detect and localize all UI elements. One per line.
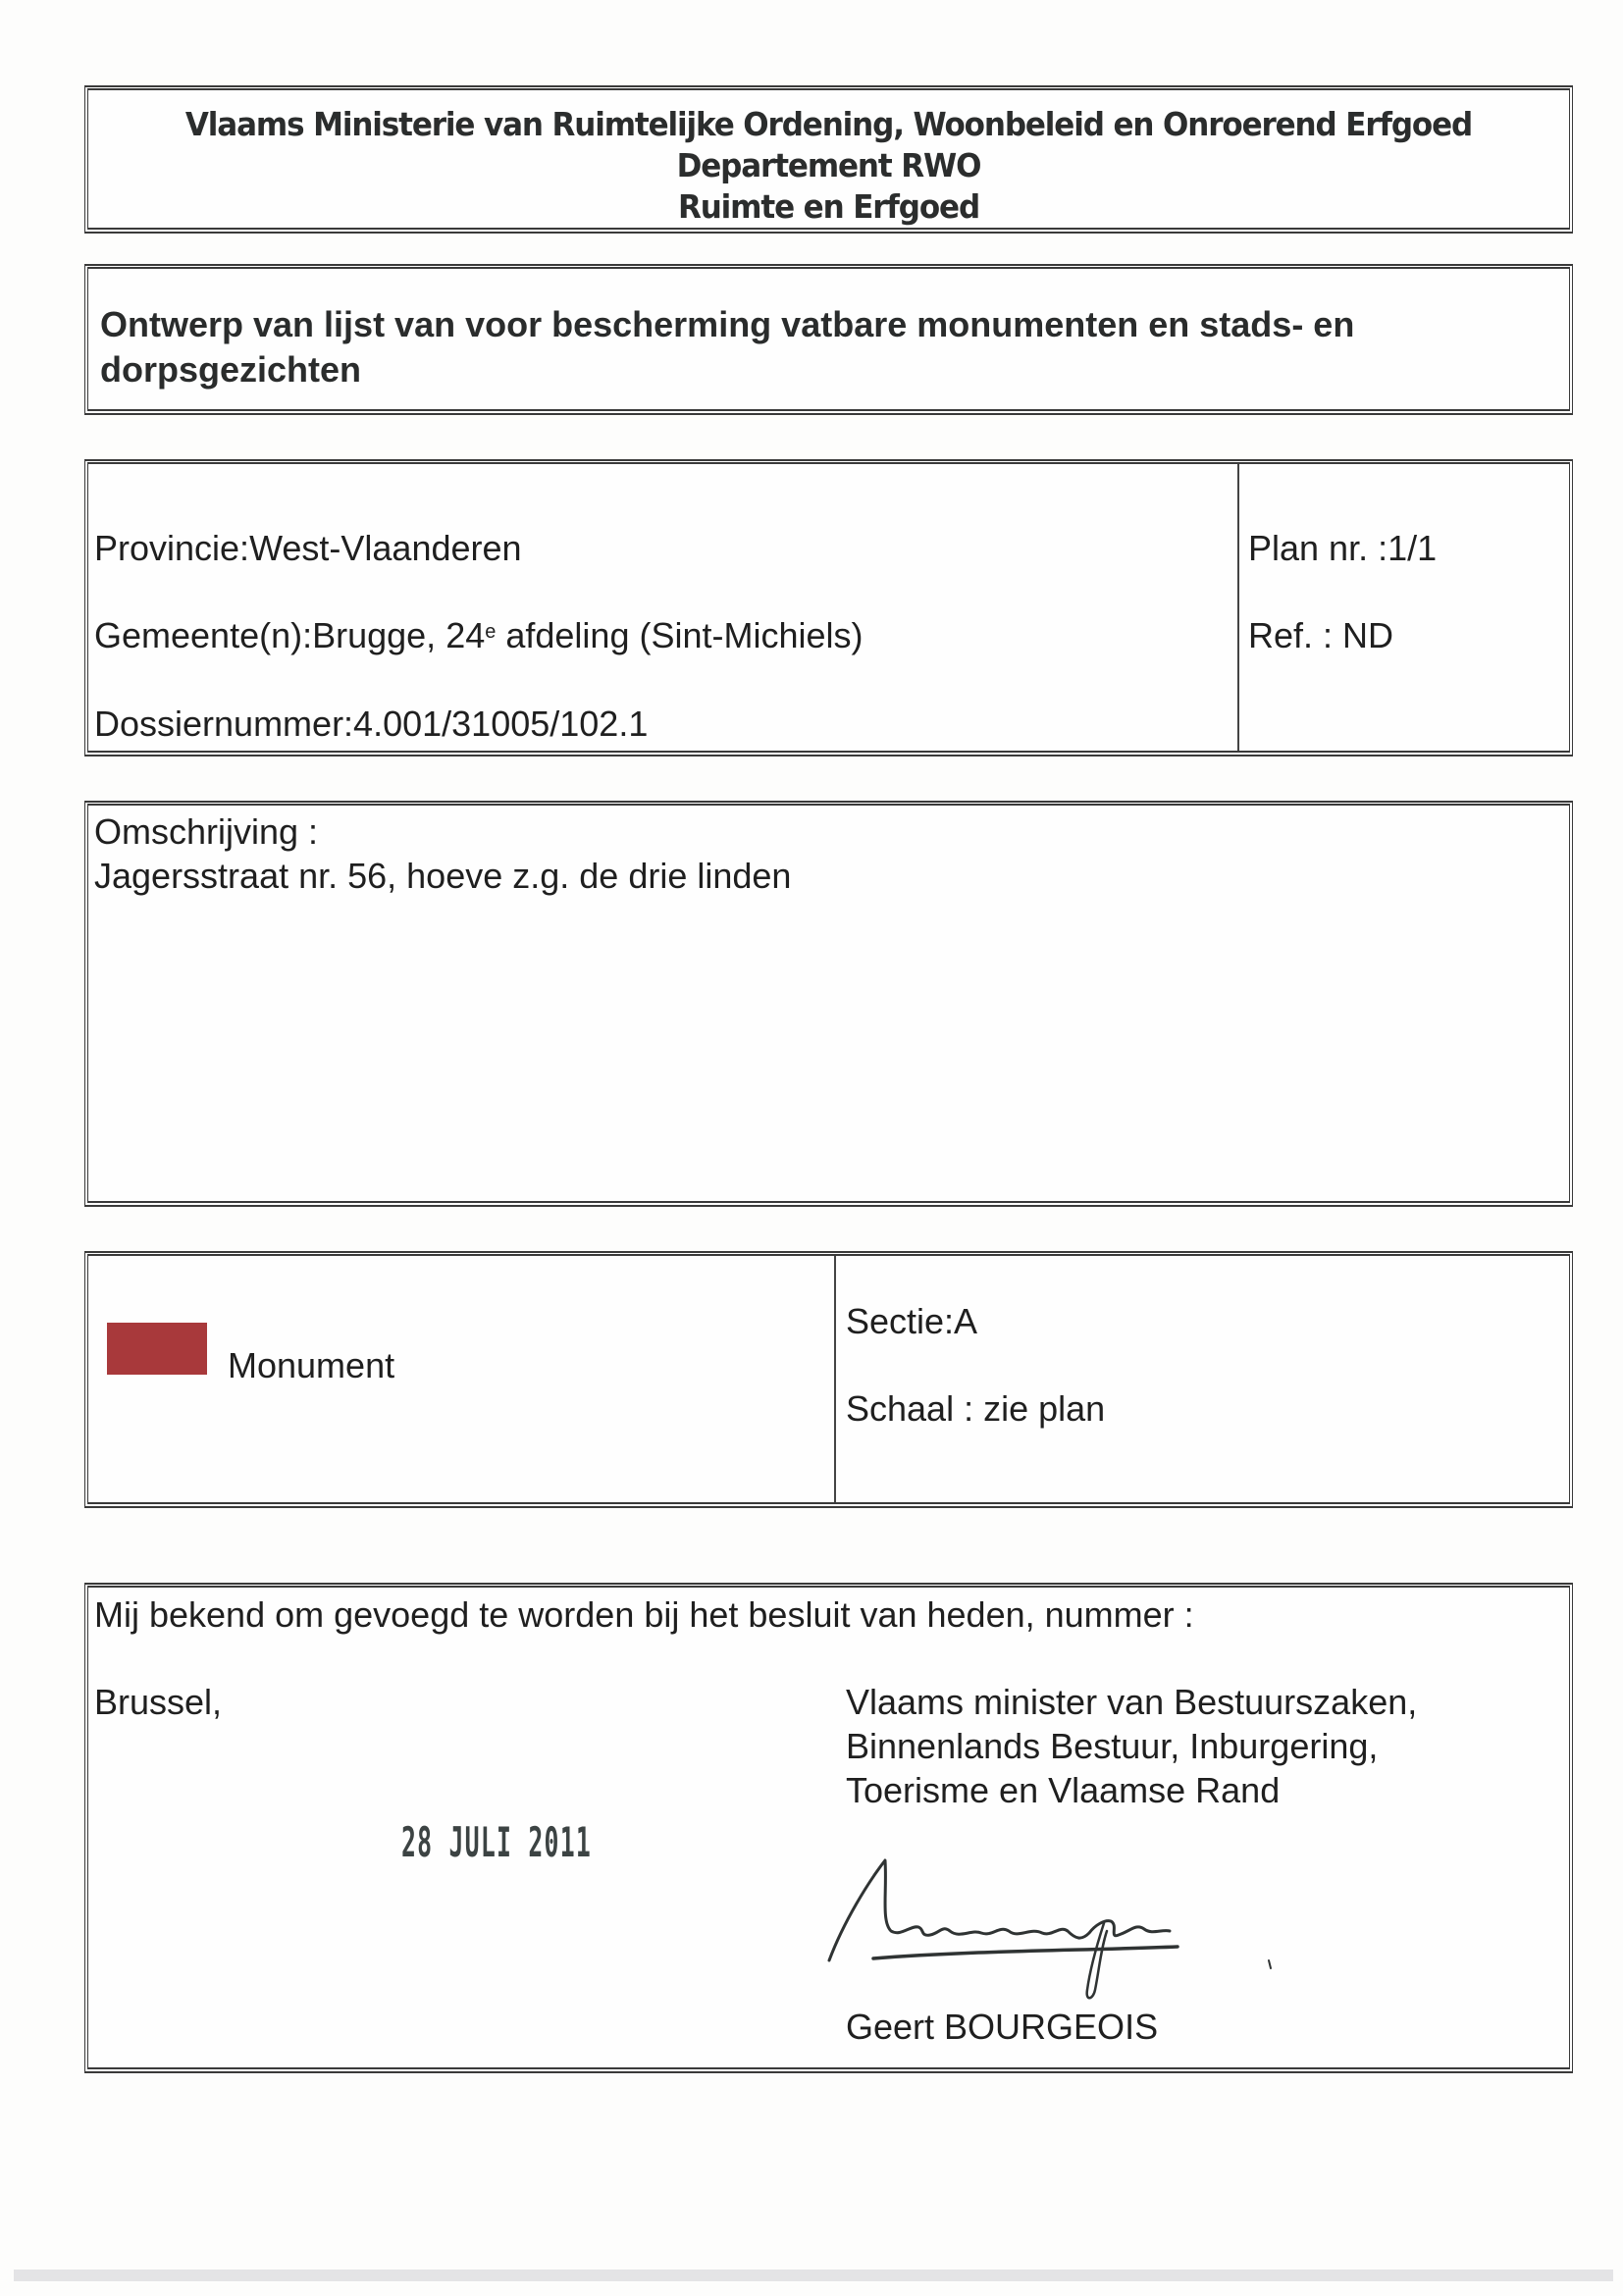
document-subject-box: Ontwerp van lijst van voor bescherming v… bbox=[84, 264, 1573, 415]
column-divider bbox=[1237, 464, 1239, 751]
minister-title-line-1: Vlaams minister van Bestuurszaken, bbox=[846, 1683, 1417, 1722]
ministry-header-box: Vlaams Ministerie van Ruimtelijke Ordeni… bbox=[84, 85, 1573, 234]
minister-title-line-3: Toerisme en Vlaamse Rand bbox=[846, 1771, 1280, 1810]
handwritten-signature-icon bbox=[824, 1852, 1413, 2009]
legend-box: Monument Sectie:A Schaal : zie plan bbox=[84, 1251, 1573, 1508]
department-name: Departement RWO bbox=[132, 145, 1524, 186]
approval-statement: Mij bekend om gevoegd te worden bij het … bbox=[94, 1595, 1194, 1635]
schaal-field: Schaal : zie plan bbox=[846, 1389, 1105, 1429]
minister-title-line-2: Binnenlands Bestuur, Inburgering, bbox=[846, 1727, 1378, 1766]
signature-box: Mij bekend om gevoegd te worden bij het … bbox=[84, 1583, 1573, 2073]
date-stamp: 28 JULI 2011 bbox=[401, 1819, 592, 1866]
monument-color-swatch bbox=[107, 1323, 207, 1375]
division-name: Ruimte en Erfgoed bbox=[132, 186, 1524, 228]
description-box: Omschrijving : Jagersstraat nr. 56, hoev… bbox=[84, 801, 1573, 1207]
provincie-field: Provincie:West-Vlaanderen bbox=[94, 529, 522, 568]
minister-name: Geert BOURGEOIS bbox=[846, 2008, 1158, 2047]
description-label: Omschrijving : bbox=[94, 812, 318, 852]
gemeente-field: Gemeente(n):Brugge, 24e afdeling (Sint-M… bbox=[94, 616, 864, 655]
column-divider bbox=[834, 1256, 836, 1502]
dossiernummer-field: Dossiernummer:4.001/31005/102.1 bbox=[94, 704, 648, 744]
document-title: Ontwerp van lijst van voor bescherming v… bbox=[100, 302, 1373, 392]
description-text: Jagersstraat nr. 56, hoeve z.g. de drie … bbox=[94, 857, 791, 896]
ministry-name: Vlaams Ministerie van Ruimtelijke Ordeni… bbox=[132, 104, 1524, 145]
reference-field: Ref. : ND bbox=[1248, 616, 1393, 655]
plan-number-field: Plan nr. :1/1 bbox=[1248, 529, 1437, 568]
scan-edge-artifact bbox=[14, 2270, 1613, 2281]
place-label: Brussel, bbox=[94, 1683, 222, 1722]
sectie-field: Sectie:A bbox=[846, 1302, 977, 1341]
legend-label-monument: Monument bbox=[228, 1346, 394, 1385]
location-info-box: Provincie:West-Vlaanderen Gemeente(n):Br… bbox=[84, 459, 1573, 757]
